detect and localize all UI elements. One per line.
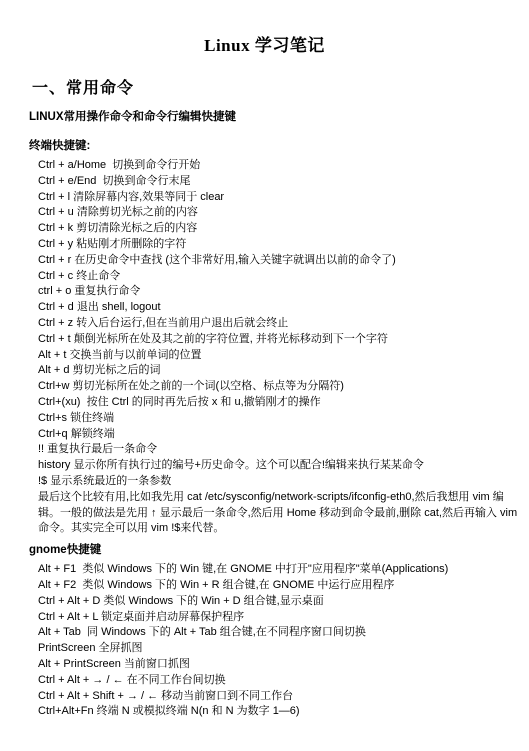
terminal-shortcut-line: Ctrl + d 退出 shell, logout: [38, 300, 529, 316]
gnome-shortcut-line: Ctrl+Alt+Fn 终端 N 或模拟终端 N(n 和 N 为数字 1—6): [38, 704, 529, 720]
terminal-shortcut-line: Ctrl + c 终止命令: [38, 269, 529, 285]
terminal-shortcut-line: Ctrl + k 剪切清除光标之后的内容: [38, 221, 529, 237]
terminal-shortcut-line: ctrl + o 重复执行命令: [38, 284, 529, 300]
terminal-shortcut-line: Alt + t 交换当前与以前单词的位置: [38, 348, 529, 364]
terminal-shortcut-line: Ctrl+(xu) 按住 Ctrl 的同时再先后按 x 和 u,撤销刚才的操作: [38, 395, 529, 411]
gnome-shortcut-line: Alt + Tab 同 Windows 下的 Alt + Tab 组合键,在不同…: [38, 625, 529, 641]
terminal-shortcut-line: Ctrl + z 转入后台运行,但在当前用户退出后就会终止: [38, 316, 529, 332]
terminal-shortcut-line: Ctrl+q 解锁终端: [38, 427, 529, 443]
gnome-shortcut-line: Alt + PrintScreen 当前窗口抓图: [38, 657, 529, 673]
terminal-shortcut-line: history 显示你所有执行过的编号+历史命令。这个可以配合!编辑来执行某某命…: [38, 458, 529, 474]
section-heading-common-commands: 一、常用命令: [32, 79, 529, 98]
terminal-shortcut-line: Ctrl + y 粘贴刚才所删除的字符: [38, 237, 529, 253]
gnome-shortcut-line: Ctrl + Alt + → / ← 在不同工作台间切换: [38, 673, 529, 689]
gnome-shortcut-line: PrintScreen 全屏抓图: [38, 641, 529, 657]
terminal-shortcut-line: Ctrl + l 清除屏幕内容,效果等同于 clear: [38, 190, 529, 206]
terminal-shortcut-line: Alt + d 剪切光标之后的词: [38, 363, 529, 379]
gnome-shortcut-line: Ctrl + Alt + D 类似 Windows 下的 Win + D 组合键…: [38, 594, 529, 610]
terminal-shortcut-line: !! 重复执行最后一条命令: [38, 442, 529, 458]
gnome-shortcut-line: Ctrl + Alt + L 锁定桌面并启动屏幕保护程序: [38, 610, 529, 626]
terminal-shortcuts-note: 最后这个比较有用,比如我先用 cat /etc/sysconfig/networ…: [38, 490, 519, 537]
gnome-shortcuts-heading: gnome快捷键: [29, 543, 529, 557]
terminal-shortcut-line: Ctrl + a/Home 切换到命令行开始: [38, 158, 529, 174]
gnome-shortcut-line: Ctrl + Alt + Shift + → / ← 移动当前窗口到不同工作台: [38, 689, 529, 705]
gnome-shortcut-line: Alt + F2 类似 Windows 下的 Win + R 组合键,在 GNO…: [38, 578, 529, 594]
gnome-shortcut-line: Alt + F1 类似 Windows 下的 Win 键,在 GNOME 中打开…: [38, 562, 529, 578]
terminal-shortcut-line: Ctrl + u 清除剪切光标之前的内容: [38, 205, 529, 221]
gnome-shortcuts-list: Alt + F1 类似 Windows 下的 Win 键,在 GNOME 中打开…: [38, 562, 529, 720]
terminal-shortcut-line: !$ 显示系统最近的一条参数: [38, 474, 529, 490]
terminal-shortcut-line: Ctrl + r 在历史命令中查找 (这个非常好用,输入关键字就调出以前的命令了…: [38, 253, 529, 269]
terminal-shortcuts-list: Ctrl + a/Home 切换到命令行开始Ctrl + e/End 切换到命令…: [38, 158, 529, 490]
document-title: Linux 学习笔记: [0, 0, 529, 57]
subsection-heading-shortcuts: LINUX常用操作命令和命令行编辑快捷键: [29, 110, 529, 124]
terminal-shortcut-line: Ctrl + e/End 切换到命令行末尾: [38, 174, 529, 190]
terminal-shortcut-line: Ctrl + t 颠倒光标所在处及其之前的字符位置, 并将光标移动到下一个字符: [38, 332, 529, 348]
terminal-shortcut-line: Ctrl+w 剪切光标所在处之前的一个词(以空格、标点等为分隔符): [38, 379, 529, 395]
document-page: Linux 学习笔记 一、常用命令 LINUX常用操作命令和命令行编辑快捷键 终…: [0, 0, 529, 751]
terminal-shortcut-line: Ctrl+s 锁住终端: [38, 411, 529, 427]
terminal-shortcuts-heading: 终端快捷键:: [29, 139, 529, 153]
